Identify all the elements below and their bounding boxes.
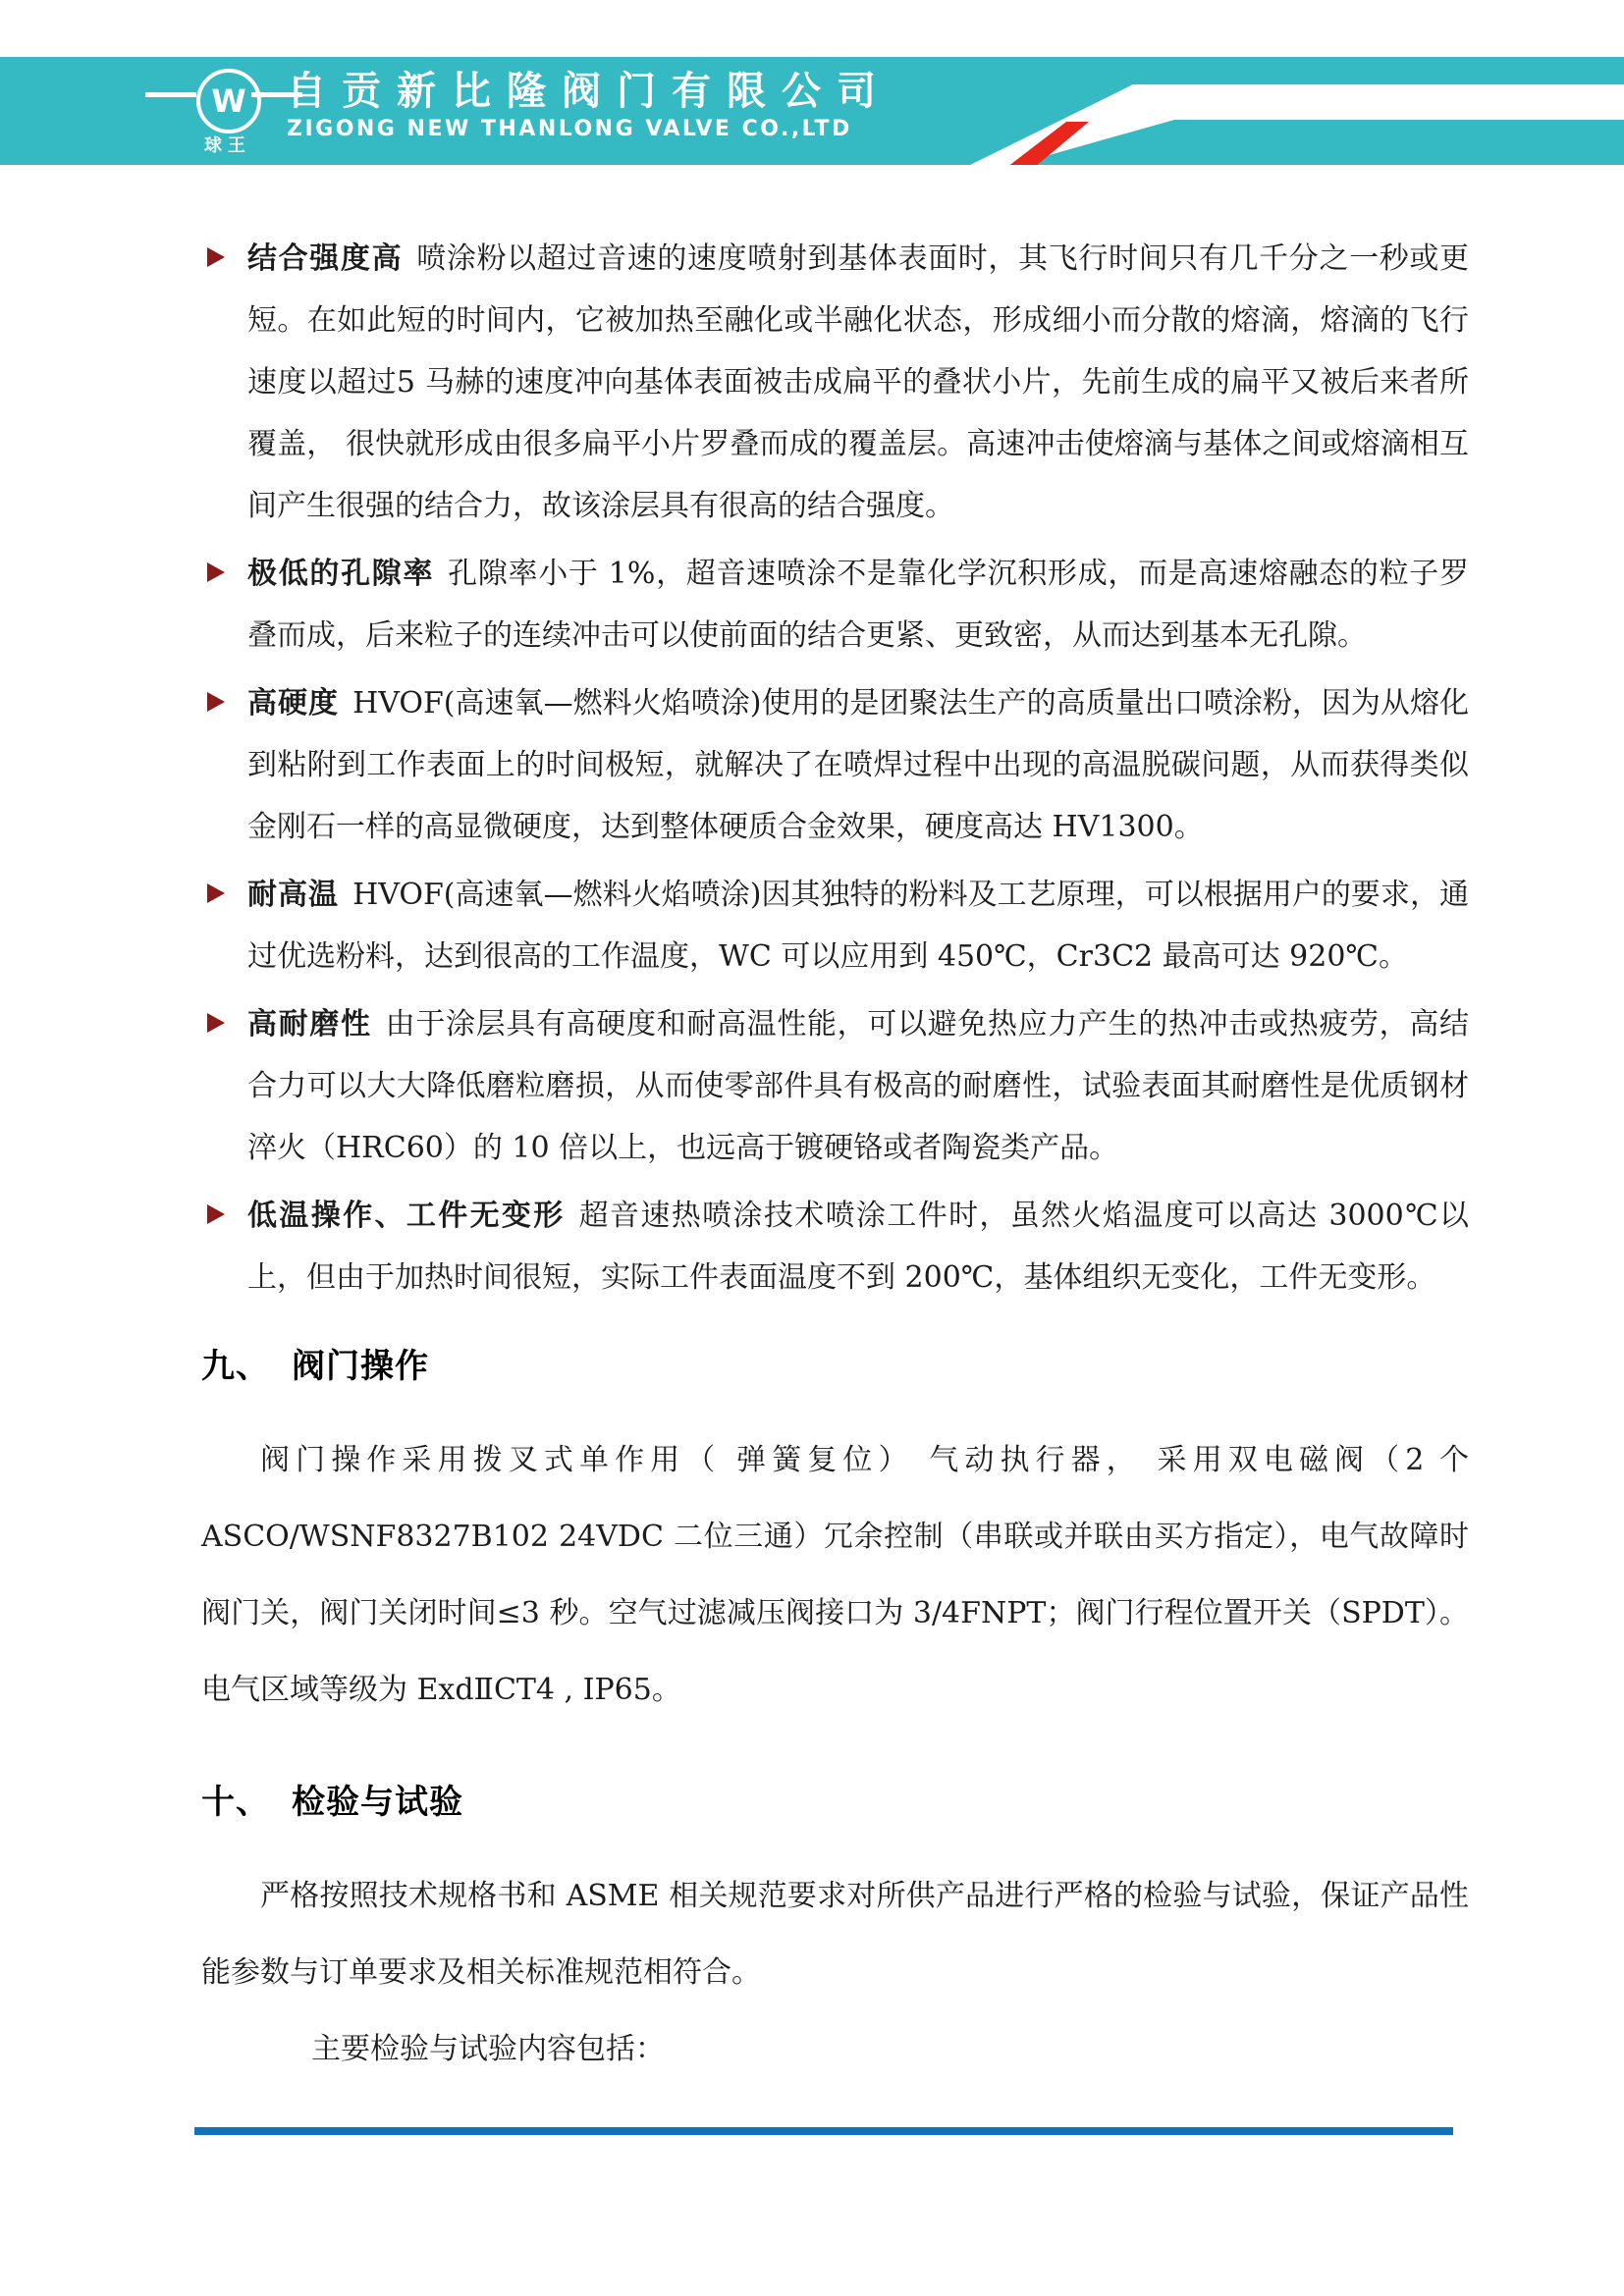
list-item: 高耐磨性由于涂层具有高硬度和耐高温性能，可以避免热应力产生的热冲击或热疲劳，高结… — [201, 993, 1469, 1179]
bullet-term: 高硬度 — [247, 686, 339, 721]
bullet-arrow-icon — [207, 562, 225, 582]
list-item: 低温操作、工件无变形超音速热喷涂技术喷涂工件时，虽然火焰温度可以高达 3000℃… — [201, 1185, 1469, 1308]
logo-subtext: 球王 — [179, 132, 277, 157]
document-body: 结合强度高喷涂粉以超过音速的速度喷射到基体表面时，其飞行时间只有几千分之一秒或更… — [0, 165, 1624, 2088]
list-item: 高硬度HVOF(高速氧—燃料火焰喷涂)使用的是团聚法生产的高质量出口喷涂粉，因为… — [201, 672, 1469, 858]
bullet-arrow-icon — [207, 883, 225, 903]
company-logo: W 球王 — [179, 67, 277, 157]
section-paragraph: 阀门操作采用拨叉式单作用（ 弹簧复位） 气动执行器， 采用双电磁阀（2 个 AS… — [201, 1422, 1469, 1729]
section-title: 检验与试验 — [292, 1783, 463, 1822]
bullet-text: 喷涂粉以超过音速的速度喷射到基体表面时，其飞行时间只有几千分之一秒或更短。在如此… — [247, 241, 1469, 523]
section-paragraph: 严格按照技术规格书和 ASME 相关规范要求对所供产品进行严格的检验与试验，保证… — [201, 1858, 1469, 2011]
section-note: 主要检验与试验内容包括： — [201, 2011, 1469, 2088]
company-name-en: ZIGONG NEW THANLONG VALVE CO.,LTD — [287, 116, 892, 143]
bullet-arrow-icon — [207, 247, 225, 267]
bullet-arrow-icon — [207, 1013, 225, 1033]
bullet-arrow-icon — [207, 1204, 225, 1224]
w-circle-logo-icon: W — [196, 69, 261, 133]
company-header-band: W 球王 自贡新比隆阀门有限公司 ZIGONG NEW THANLONG VAL… — [0, 57, 1624, 165]
section-heading-inspection-test: 十、检验与试验 — [201, 1780, 1469, 1825]
ribbon-decoration — [947, 57, 1624, 165]
bullet-term: 高耐磨性 — [247, 1007, 372, 1041]
bullet-text: 由于涂层具有高硬度和耐高温性能，可以避免热应力产生的热冲击或热疲劳，高结合力可以… — [247, 1007, 1469, 1165]
section-number: 九、 — [201, 1347, 270, 1386]
section-title: 阀门操作 — [292, 1347, 429, 1386]
bullet-text: HVOF(高速氧—燃料火焰喷涂)因其独特的粉料及工艺原理，可以根据用户的要求，通… — [247, 878, 1469, 974]
document-page: { "header": { "logo": { "letter": "W", "… — [0, 0, 1624, 2296]
feature-bullet-list: 结合强度高喷涂粉以超过音速的速度喷射到基体表面时，其飞行时间只有几千分之一秒或更… — [201, 228, 1469, 1308]
footer-divider-line — [194, 2127, 1453, 2135]
section-number: 十、 — [201, 1783, 270, 1822]
bullet-term: 低温操作、工件无变形 — [247, 1199, 566, 1233]
list-item: 极低的孔隙率孔隙率小于 1%，超音速喷涂不是靠化学沉积形成，而是高速熔融态的粒子… — [201, 543, 1469, 667]
bullet-term: 极低的孔隙率 — [247, 557, 434, 591]
bullet-arrow-icon — [207, 692, 225, 712]
section-heading-valve-operation: 九、阀门操作 — [201, 1344, 1469, 1389]
bullet-term: 耐高温 — [247, 878, 339, 912]
bullet-text: HVOF(高速氧—燃料火焰喷涂)使用的是团聚法生产的高质量出口喷涂粉，因为从熔化… — [247, 686, 1469, 844]
company-name-block: 自贡新比隆阀门有限公司 ZIGONG NEW THANLONG VALVE CO… — [287, 69, 892, 143]
bullet-term: 结合强度高 — [247, 241, 403, 276]
logo-letter: W — [211, 85, 245, 117]
list-item: 结合强度高喷涂粉以超过音速的速度喷射到基体表面时，其飞行时间只有几千分之一秒或更… — [201, 228, 1469, 537]
logo-wing-left — [145, 92, 196, 97]
company-name-cn: 自贡新比隆阀门有限公司 — [287, 69, 892, 114]
list-item: 耐高温HVOF(高速氧—燃料火焰喷涂)因其独特的粉料及工艺原理，可以根据用户的要… — [201, 864, 1469, 988]
